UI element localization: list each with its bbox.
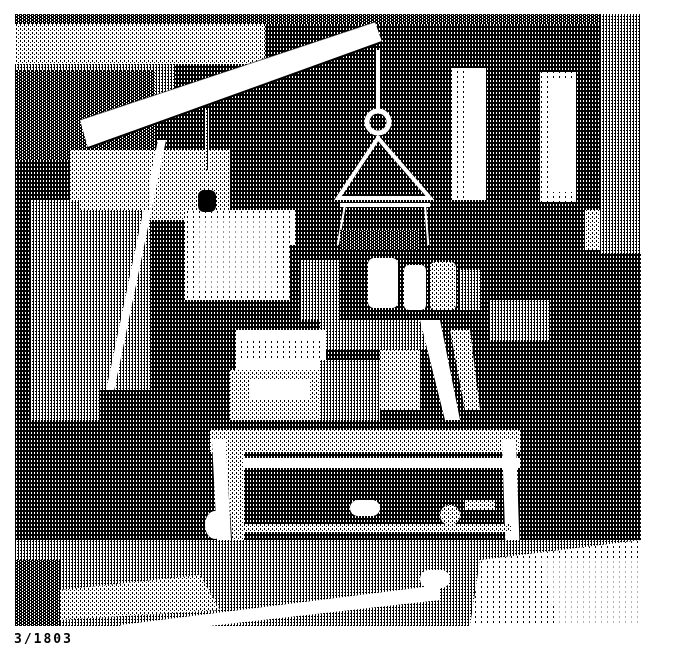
cart-wheel [440, 505, 460, 525]
cart-wheel [205, 511, 225, 539]
photo-caption-number: 3/1803 [14, 633, 73, 646]
photograph: 3/1803 [0, 0, 688, 646]
halftone-photo [0, 0, 688, 646]
